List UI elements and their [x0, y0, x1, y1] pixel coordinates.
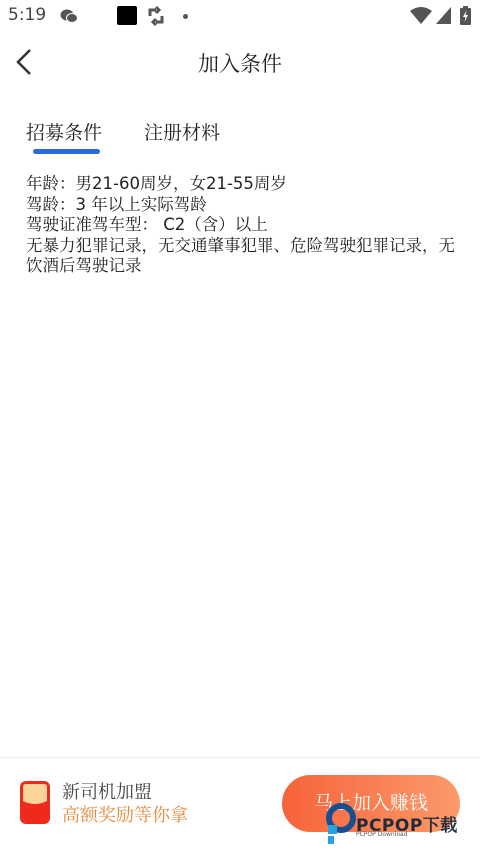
- active-tab-indicator: [33, 149, 100, 154]
- condition-age: 年龄：男21-60周岁，女21-55周岁: [26, 174, 456, 195]
- dot-icon: [183, 14, 188, 19]
- condition-license-type: 驾驶证准驾车型： C2（含）以上: [26, 215, 456, 236]
- condition-criminal-record: 无暴力犯罪记录，无交通肇事犯罪、危险驾驶犯罪记录，无饮酒后驾驶记录: [26, 236, 456, 277]
- tab-bar: 招募条件 注册材料: [0, 116, 480, 156]
- promo-line-2: 高额奖励等你拿: [62, 801, 188, 827]
- black-square-icon: [117, 6, 137, 25]
- signal-icon: [436, 7, 451, 24]
- conditions-content: 年龄：男21-60周岁，女21-55周岁 驾龄：3 年以上实际驾龄 驾驶证准驾车…: [26, 174, 456, 277]
- pcpop-logo-icon: [326, 803, 356, 847]
- red-packet-icon: [20, 781, 50, 824]
- wechat-icon: [60, 9, 78, 23]
- title-bar: 加入条件: [0, 40, 480, 84]
- watermark: PCPOP下载 PCPOP Download: [326, 803, 476, 849]
- tab-registration-materials[interactable]: 注册材料: [144, 118, 220, 145]
- status-bar: 5:19: [0, 0, 480, 32]
- condition-driving-years: 驾龄：3 年以上实际驾龄: [26, 195, 456, 216]
- watermark-subtext: PCPOP Download: [356, 831, 408, 838]
- battery-charging-icon: [460, 6, 471, 25]
- sync-icon: [147, 6, 165, 26]
- status-time: 5:19: [8, 5, 46, 25]
- wifi-icon: [410, 7, 432, 24]
- tab-recruit-conditions[interactable]: 招募条件: [26, 118, 102, 145]
- page-title: 加入条件: [0, 48, 480, 78]
